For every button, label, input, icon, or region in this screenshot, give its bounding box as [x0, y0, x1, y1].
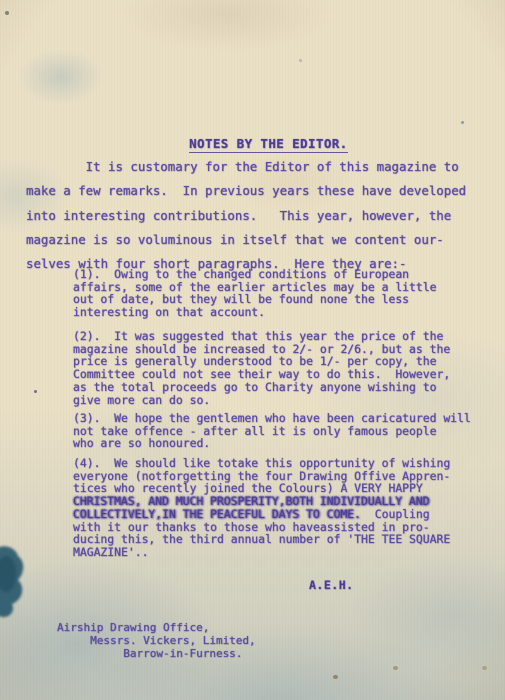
document-page: NOTES BY THE EDITOR. It is customary for… — [0, 0, 505, 700]
paragraph-2: (2). It was suggested that this year the… — [73, 330, 450, 406]
paper-speck — [482, 666, 487, 670]
paper-speck — [299, 59, 302, 62]
page-title-text: NOTES BY THE EDITOR. — [189, 136, 348, 153]
intro-paragraph: It is customary for the Editor of this m… — [26, 155, 466, 276]
ink-stain — [0, 540, 38, 630]
paragraph-4-lead: (4). We should like totake this opportun… — [73, 456, 450, 495]
ink-dot — [34, 390, 37, 393]
paper-speck — [5, 11, 9, 15]
address-block: Airship Drawing Office, Messrs. Vickers,… — [57, 621, 256, 661]
paragraph-1: (1). Owing to the changed conditions of … — [73, 268, 436, 319]
paragraph-3: (3). We hope the gentlemen who have been… — [73, 412, 471, 450]
paragraph-4: (4). We should like totake this opportun… — [73, 457, 450, 559]
signature-initials: A.E.H. — [309, 578, 354, 592]
paper-speck — [333, 675, 338, 679]
paper-speck — [393, 666, 398, 670]
